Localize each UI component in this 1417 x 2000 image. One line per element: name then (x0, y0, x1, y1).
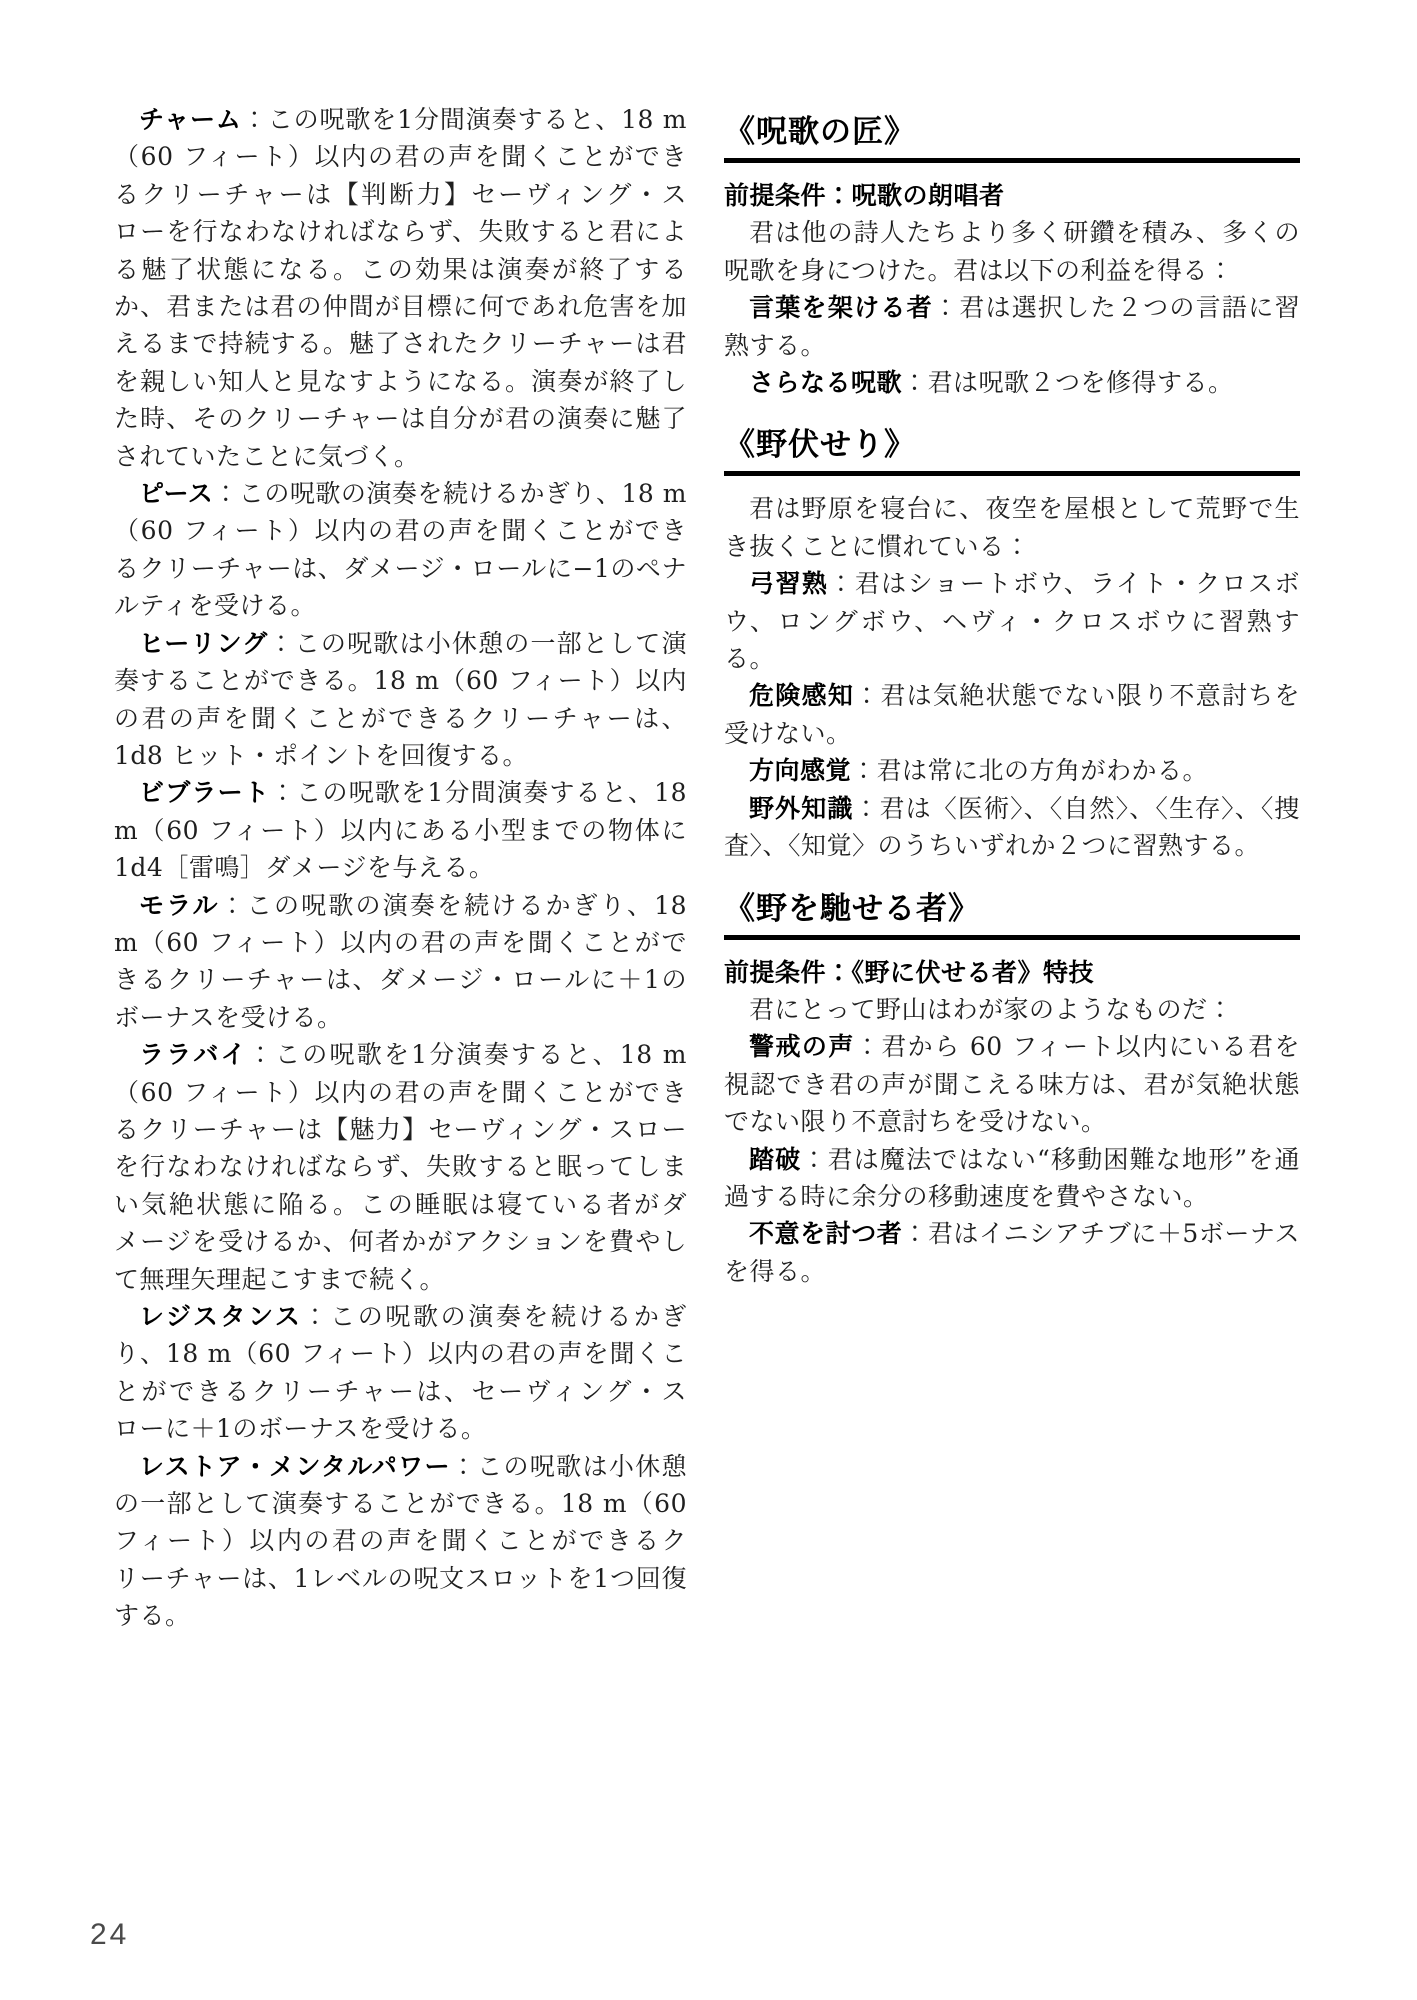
paragraph: 君は他の詩人たちより多く研鑽を積み、多くの呪歌を身につけた。君は以下の利益を得る… (724, 214, 1300, 289)
feat-heading: 《野を馳せる者》 (724, 889, 1300, 940)
feat-section: 《野を馳せる者》前提条件：《野に伏せる者》特技君にとって野山はわが家のようなもの… (724, 889, 1300, 1291)
bold-label: ビブラート (139, 778, 270, 807)
bold-label: ララバイ (139, 1040, 248, 1069)
feat-heading: 《呪歌の匠》 (724, 112, 1300, 163)
paragraph: 方向感覚：君は常に北の方角がわかる。 (724, 752, 1300, 789)
paragraph: チャーム：この呪歌を1分間演奏すると、18 m（60 フィート）以内の君の声を聞… (114, 101, 687, 475)
bold-label: ピース (139, 479, 213, 508)
feat-section: 《呪歌の匠》前提条件：呪歌の朗唱者君は他の詩人たちより多く研鑽を積み、多くの呪歌… (724, 112, 1300, 401)
bold-label: レストア・メンタルパワー (139, 1452, 451, 1481)
paragraph: モラル：この呪歌の演奏を続けるかぎり、18 m（60 フィート）以内の君の声を聞… (114, 887, 687, 1037)
bold-label: 前提条件：呪歌の朗唱者 (724, 181, 1005, 210)
paragraph: 前提条件：呪歌の朗唱者 (724, 177, 1300, 214)
bold-label: レジスタンス (139, 1302, 303, 1331)
paragraph: レジスタンス：この呪歌の演奏を続けるかぎり、18 m（60 フィート）以内の君の… (114, 1298, 687, 1448)
left-column: チャーム：この呪歌を1分間演奏すると、18 m（60 フィート）以内の君の声を聞… (114, 101, 687, 1635)
feat-section: 《野伏せり》君は野原を寝台に、夜空を屋根として荒野で生き抜くことに慣れている：弓… (724, 425, 1300, 864)
paragraph: 前提条件：《野に伏せる者》特技 (724, 954, 1300, 991)
paragraph: 不意を討つ者：君はイニシアチブに＋5ボーナスを得る。 (724, 1215, 1300, 1290)
bold-label: 言葉を架ける者 (749, 293, 933, 322)
bold-label: 警戒の声 (749, 1032, 855, 1061)
bold-label: 踏破 (749, 1145, 801, 1174)
bold-label: 弓習熟 (749, 569, 828, 598)
paragraph: ヒーリング：この呪歌は小休憩の一部として演奏することができる。18 m（60 フ… (114, 625, 687, 775)
bold-label: さらなる呪歌 (749, 368, 902, 397)
bold-label: 危険感知 (749, 681, 854, 710)
paragraph: 弓習熟：君はショートボウ、ライト・クロスボウ、ロングボウ、ヘヴィ・クロスボウに習… (724, 565, 1300, 677)
bold-label: ヒーリング (139, 629, 269, 658)
paragraph: ビブラート：この呪歌を1分間演奏すると、18 m（60 フィート）以内にある小型… (114, 774, 687, 886)
paragraph: 危険感知：君は気絶状態でない限り不意討ちを受けない。 (724, 677, 1300, 752)
bold-label: 不意を討つ者 (749, 1219, 902, 1248)
paragraph: ララバイ：この呪歌を1分演奏すると、18 m（60 フィート）以内の君の声を聞く… (114, 1036, 687, 1298)
paragraph: レストア・メンタルパワー：この呪歌は小休憩の一部として演奏することができる。18… (114, 1448, 687, 1635)
paragraph: 君にとって野山はわが家のようなものだ： (724, 991, 1300, 1028)
bold-label: 野外知識 (749, 794, 853, 823)
bold-label: チャーム (139, 105, 242, 134)
bold-label: 方向感覚 (749, 756, 851, 785)
paragraph: 踏破：君は魔法ではない“移動困難な地形”を通過する時に余分の移動速度を費やさない… (724, 1141, 1300, 1216)
page-number: 24 (90, 1918, 129, 1952)
document-page: チャーム：この呪歌を1分間演奏すると、18 m（60 フィート）以内の君の声を聞… (0, 0, 1417, 2000)
paragraph: 言葉を架ける者：君は選択した２つの言語に習熟する。 (724, 289, 1300, 364)
paragraph: さらなる呪歌：君は呪歌２つを修得する。 (724, 364, 1300, 401)
right-column: 《呪歌の匠》前提条件：呪歌の朗唱者君は他の詩人たちより多く研鑽を積み、多くの呪歌… (724, 112, 1300, 1290)
paragraph: 警戒の声：君から 60 フィート以内にいる君を視認でき君の声が聞こえる味方は、君… (724, 1028, 1300, 1140)
paragraph: ピース：この呪歌の演奏を続けるかぎり、18 m（60 フィート）以内の君の声を聞… (114, 475, 687, 625)
feat-heading: 《野伏せり》 (724, 425, 1300, 476)
bold-label: モラル (139, 891, 220, 920)
bold-label: 前提条件：《野に伏せる者》特技 (724, 958, 1094, 987)
paragraph: 野外知識：君は〈医術〉、〈自然〉、〈生存〉、〈捜査〉、〈知覚〉のうちいずれか２つ… (724, 790, 1300, 865)
paragraph: 君は野原を寝台に、夜空を屋根として荒野で生き抜くことに慣れている： (724, 490, 1300, 565)
